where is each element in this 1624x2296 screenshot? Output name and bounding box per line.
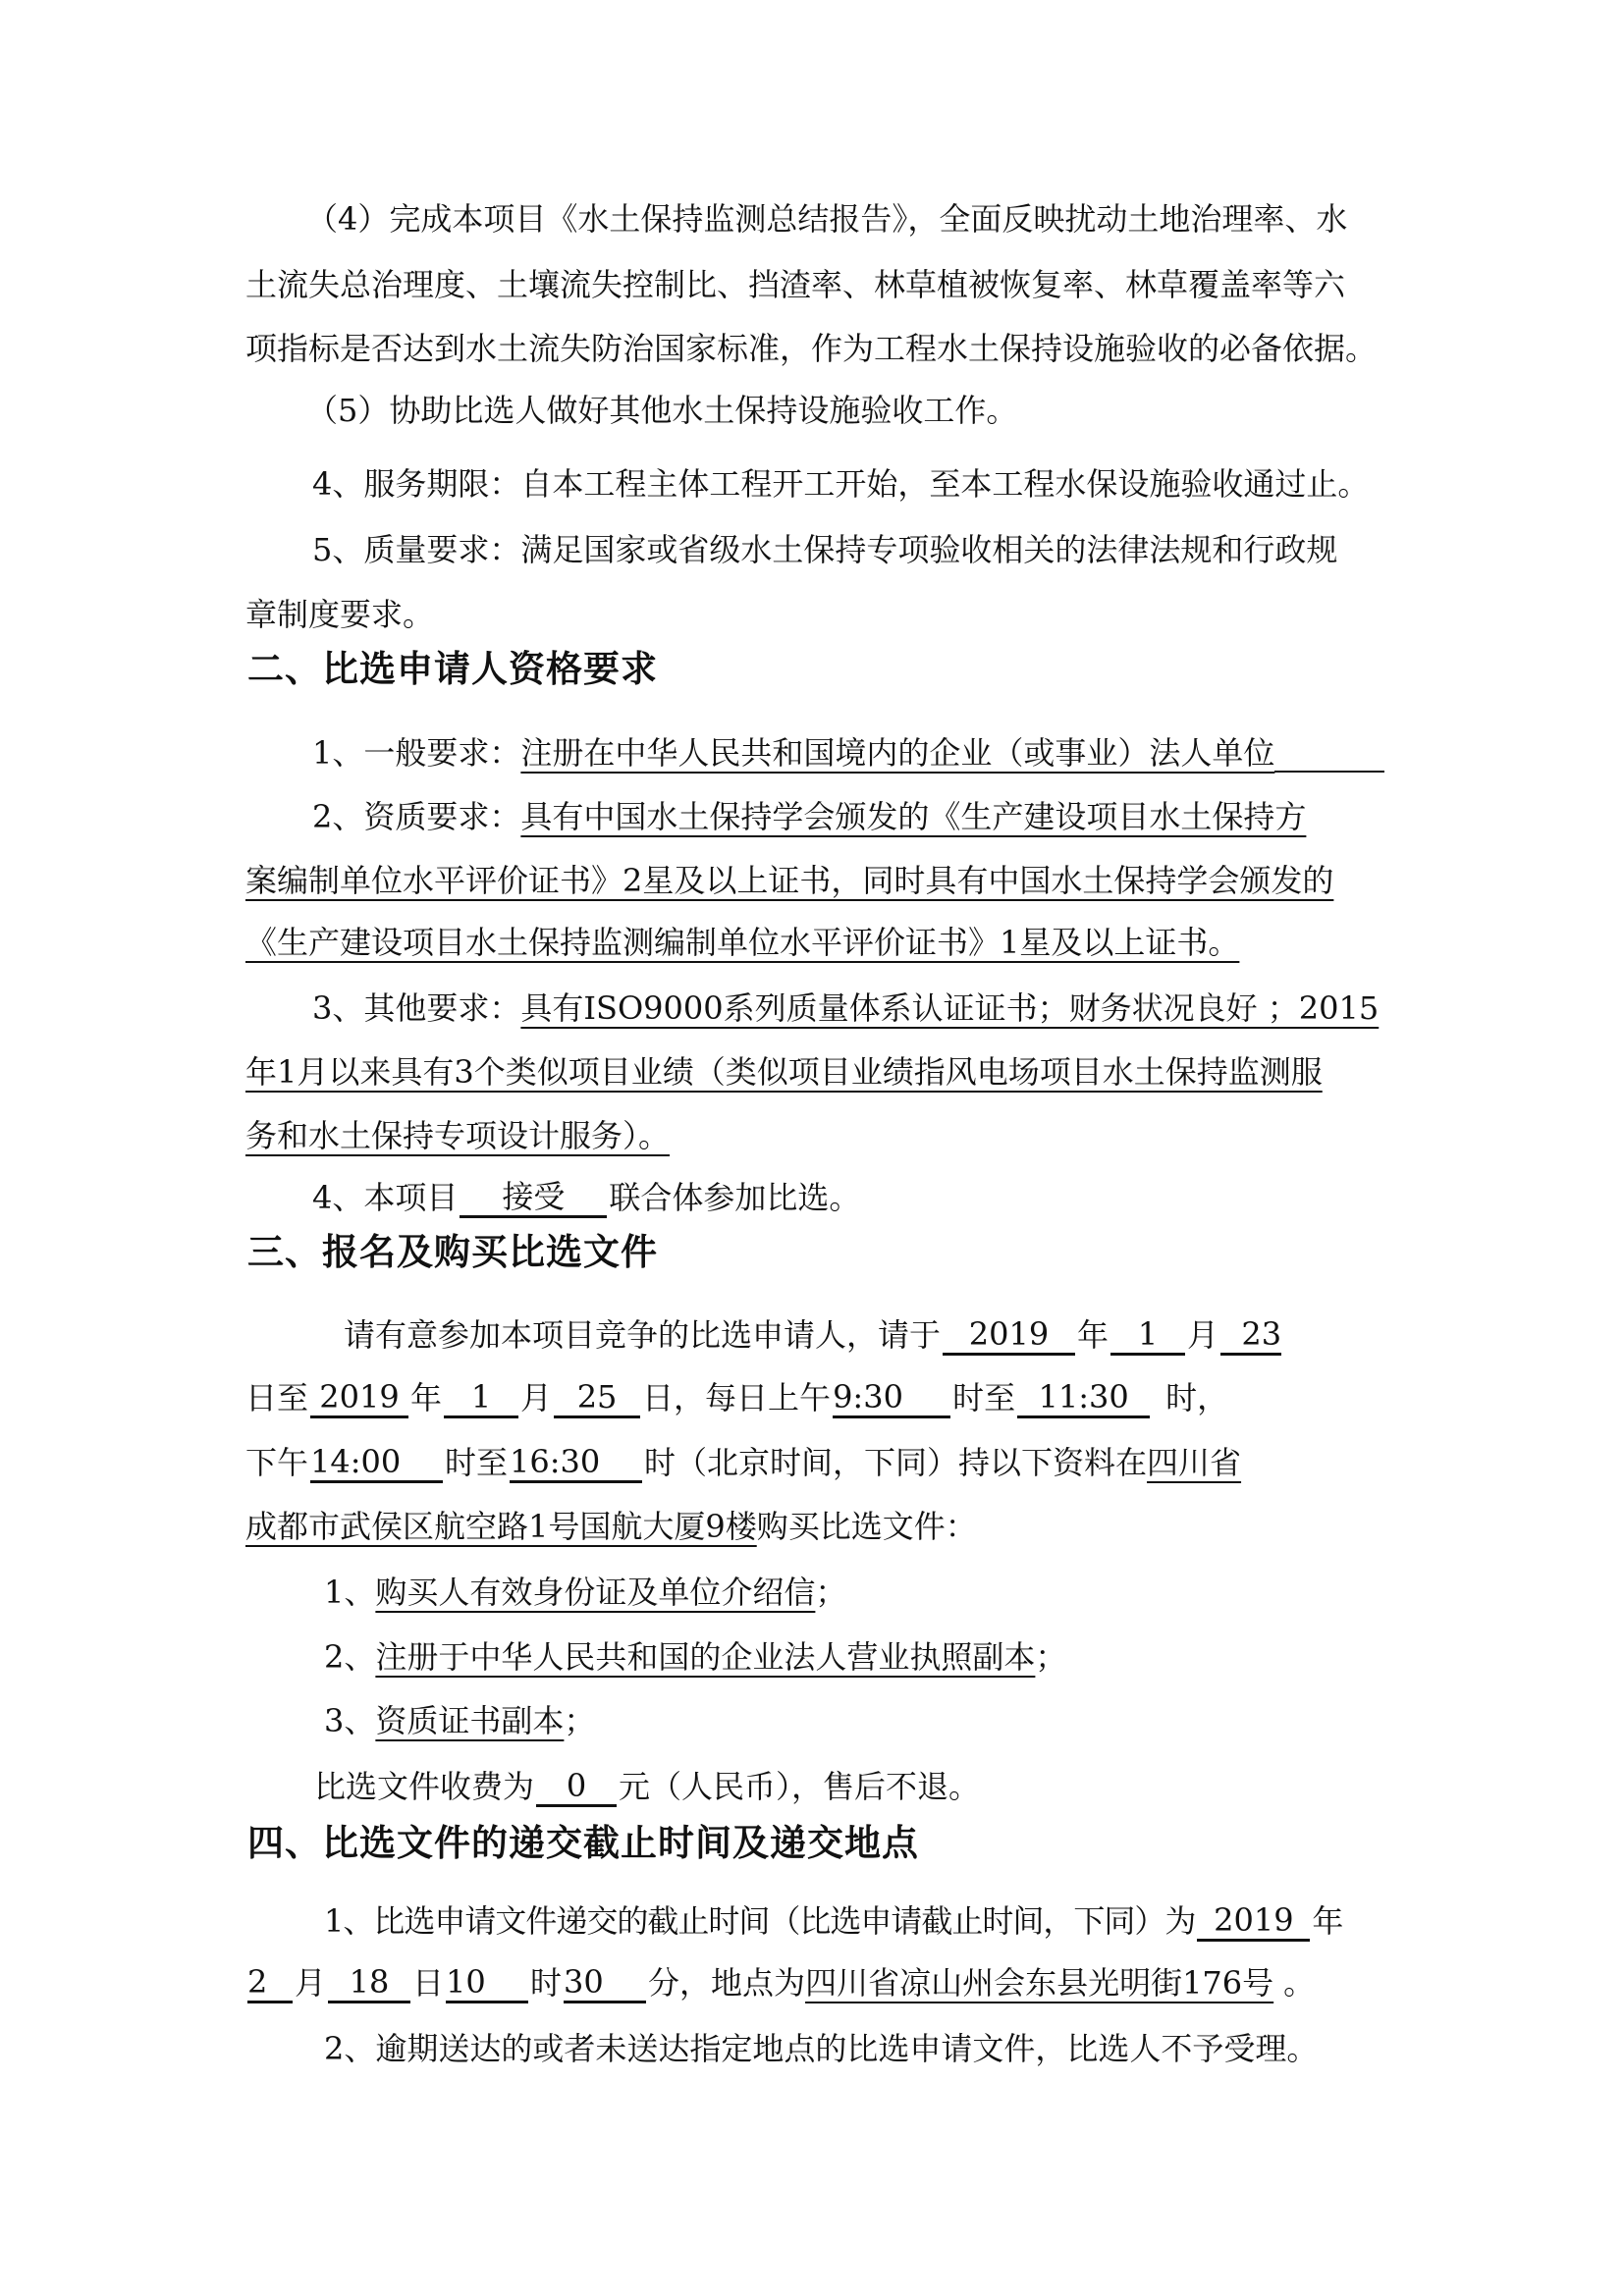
underlined-value: 《生产建设项目水土保持监测编制单位水平评价证书》1星及以上证书。 bbox=[245, 920, 1239, 965]
start-day: 23 bbox=[1220, 1315, 1281, 1356]
text: 章制度要求。 bbox=[245, 592, 434, 637]
text: 。 bbox=[1283, 1960, 1315, 2005]
paragraph-quality-line1: 5、质量要求：满足国家或省级水土保持专项验收相关的法律法规和行政规 bbox=[245, 527, 1384, 572]
paragraph-quality-line2: 章制度要求。 bbox=[245, 592, 1384, 637]
text: 年 bbox=[1077, 1312, 1109, 1358]
text: 年 bbox=[1312, 1898, 1343, 1944]
text: 下午 bbox=[245, 1440, 308, 1485]
text: 2、逾期送达的或者未送达指定地点的比选申请文件，比选人不予受理。 bbox=[324, 2026, 1318, 2071]
text: 比选文件收费为 bbox=[314, 1764, 534, 1809]
section-heading-submission: 四、比选文件的递交截止时间及递交地点 bbox=[247, 1819, 919, 1868]
text: 日至 bbox=[245, 1375, 308, 1420]
paragraph-registration-line2: 日至 2019 年 1 月 25 日，每日上午 9:30 时至 11:30 时， bbox=[245, 1375, 1384, 1420]
deadline-minute: 30 bbox=[564, 1963, 646, 2003]
doc-text: 购买人有效身份证及单位介绍信 bbox=[375, 1570, 815, 1615]
paragraph-registration-line3: 下午 14:00 时至 16:30 时（北京时间，下同）持以下资料在 四川省 bbox=[245, 1440, 1384, 1485]
underlined-value: 案编制单位水平评价证书》2星及以上证书，同时具有中国水土保持学会颁发的 bbox=[245, 858, 1333, 903]
text: 时， bbox=[1165, 1375, 1228, 1420]
end-year: 2019 bbox=[310, 1378, 408, 1418]
paragraph-late-submission: 2、逾期送达的或者未送达指定地点的比选申请文件，比选人不予受理。 bbox=[245, 2026, 1384, 2071]
deadline-month: 2 bbox=[247, 1963, 293, 2003]
text: 时至 bbox=[952, 1375, 1015, 1420]
label: 3、其他要求： bbox=[312, 986, 520, 1031]
text: 日，每日上午 bbox=[642, 1375, 831, 1420]
doc-end: ； bbox=[1035, 1634, 1066, 1680]
underline-fill bbox=[1274, 733, 1384, 773]
start-month: 1 bbox=[1110, 1315, 1185, 1356]
text: 联合体参加比选。 bbox=[609, 1175, 860, 1220]
text: 日 bbox=[412, 1960, 444, 2005]
address-part2: 成都市武侯区航空路1号国航大厦9楼 bbox=[245, 1504, 757, 1549]
paragraph-item5: （5）协助比选人做好其他水土保持设施验收工作。 bbox=[245, 388, 1384, 433]
text: 5、质量要求：满足国家或省级水土保持专项验收相关的法律法规和行政规 bbox=[312, 527, 1337, 572]
doc-number: 3、 bbox=[324, 1698, 375, 1743]
label: 2、资质要求： bbox=[312, 794, 520, 839]
paragraph-qualification-line2: 案编制单位水平评价证书》2星及以上证书，同时具有中国水土保持学会颁发的 bbox=[245, 858, 1384, 903]
text: 时 bbox=[530, 1960, 562, 2005]
text: 项指标是否达到水土流失防治国家标准，作为工程水土保持设施验收的必备依据。 bbox=[245, 326, 1377, 371]
text: 元（人民币），售后不退。 bbox=[619, 1764, 980, 1809]
submission-location: 四川省凉山州会东县光明街176号 bbox=[805, 1960, 1283, 2005]
paragraph-deadline-line2: 2 月 18 日 10 时 30 分，地点为 四川省凉山州会东县光明街176号 … bbox=[245, 1960, 1384, 2005]
paragraph-other-requirement-line1: 3、其他要求： 具有ISO9000系列质量体系认证证书；财务状况良好 ；2015 bbox=[245, 986, 1384, 1031]
paragraph-item4-line2: 土流失总治理度、土壤流失控制比、挡渣率、林草植被恢复率、林草覆盖率等六 bbox=[245, 262, 1384, 307]
deadline-year: 2019 bbox=[1197, 1901, 1310, 1942]
section-heading-qualifications: 二、比选申请人资格要求 bbox=[247, 645, 658, 694]
text: 时至 bbox=[445, 1440, 508, 1485]
doc-number: 1、 bbox=[324, 1570, 375, 1615]
doc-text: 注册于中华人民共和国的企业法人营业执照副本 bbox=[375, 1634, 1035, 1680]
paragraph-registration-line1: 请有意参加本项目竞争的比选申请人，请于 2019 年 1 月 23 bbox=[245, 1312, 1384, 1358]
doc-number: 2、 bbox=[324, 1634, 375, 1680]
paragraph-registration-line4: 成都市武侯区航空路1号国航大厦9楼 购买比选文件： bbox=[245, 1504, 1384, 1549]
text: 分，地点为 bbox=[648, 1960, 805, 2005]
text: 年 bbox=[410, 1375, 442, 1420]
deadline-day: 18 bbox=[328, 1963, 410, 2003]
underlined-value: 务和水土保持专项设计服务）。 bbox=[245, 1113, 670, 1158]
text: 月 bbox=[520, 1375, 552, 1420]
underlined-value: 具有ISO9000系列质量体系认证证书；财务状况良好 ；2015 bbox=[520, 986, 1379, 1031]
doc-text: 资质证书副本 bbox=[375, 1698, 564, 1743]
underlined-value: 注册在中华人民共和国境内的企业（或事业）法人单位 bbox=[520, 730, 1274, 775]
pm-end-time: 16:30 bbox=[510, 1443, 642, 1483]
paragraph-consortium: 4、本项目 接受 联合体参加比选。 bbox=[245, 1175, 1384, 1220]
section-heading-registration: 三、报名及购买比选文件 bbox=[247, 1228, 658, 1277]
fee-value: 0 bbox=[536, 1767, 617, 1807]
paragraph-other-requirement-line2: 年1月以来具有3个类似项目业绩（类似项目业绩指风电场项目水土保持监测服 bbox=[245, 1049, 1384, 1095]
underlined-value: 年1月以来具有3个类似项目业绩（类似项目业绩指风电场项目水土保持监测服 bbox=[245, 1049, 1323, 1095]
text: 4、本项目 bbox=[312, 1175, 458, 1220]
am-end-time: 11:30 bbox=[1017, 1378, 1150, 1418]
address-part1: 四川省 bbox=[1147, 1440, 1241, 1485]
paragraph-deadline-line1: 1、比选申请文件递交的截止时间（比选申请截止时间，下同）为 2019 年 bbox=[245, 1898, 1384, 1944]
end-month: 1 bbox=[444, 1378, 518, 1418]
text: 4、服务期限：自本工程主体工程开工开始，至本工程水保设施验收通过止。 bbox=[312, 461, 1369, 507]
paragraph-general-requirement: 1、一般要求： 注册在中华人民共和国境内的企业（或事业）法人单位 bbox=[245, 730, 1384, 775]
paragraph-service-period: 4、服务期限：自本工程主体工程开工开始，至本工程水保设施验收通过止。 bbox=[245, 461, 1384, 507]
text: 月 bbox=[295, 1960, 326, 2005]
text: 请有意参加本项目竞争的比选申请人，请于 bbox=[344, 1312, 941, 1358]
deadline-hour: 10 bbox=[446, 1963, 528, 2003]
underlined-value: 具有中国水土保持学会颁发的《生产建设项目水土保持方 bbox=[520, 794, 1306, 839]
paragraph-item4-line3: 项指标是否达到水土流失防治国家标准，作为工程水土保持设施验收的必备依据。 bbox=[245, 326, 1384, 371]
text: 月 bbox=[1187, 1312, 1218, 1358]
doc-end: ； bbox=[815, 1570, 846, 1615]
paragraph-item4-line1: （4）完成本项目《水土保持监测总结报告》，全面反映扰动土地治理率、水 bbox=[245, 196, 1384, 241]
doc-item-3: 3、 资质证书副本 ； bbox=[245, 1698, 1384, 1743]
paragraph-qualification-line1: 2、资质要求： 具有中国水土保持学会颁发的《生产建设项目水土保持方 bbox=[245, 794, 1384, 839]
paragraph-qualification-line3: 《生产建设项目水土保持监测编制单位水平评价证书》1星及以上证书。 bbox=[245, 920, 1384, 965]
text: （5）协助比选人做好其他水土保持设施验收工作。 bbox=[306, 388, 1017, 433]
text: 时（北京时间，下同）持以下资料在 bbox=[644, 1440, 1147, 1485]
doc-item-1: 1、 购买人有效身份证及单位介绍信 ； bbox=[245, 1570, 1384, 1615]
text: （4）完成本项目《水土保持监测总结报告》，全面反映扰动土地治理率、水 bbox=[306, 196, 1347, 241]
pm-start-time: 14:00 bbox=[310, 1443, 443, 1483]
paragraph-other-requirement-line3: 务和水土保持专项设计服务）。 bbox=[245, 1113, 1384, 1158]
end-day: 25 bbox=[554, 1378, 640, 1418]
am-start-time: 9:30 bbox=[833, 1378, 950, 1418]
text: 1、比选申请文件递交的截止时间（比选申请截止时间，下同）为 bbox=[324, 1898, 1195, 1944]
doc-end: ； bbox=[564, 1698, 595, 1743]
start-year: 2019 bbox=[943, 1315, 1075, 1356]
label: 1、一般要求： bbox=[312, 730, 520, 775]
consortium-value: 接受 bbox=[460, 1178, 607, 1218]
text: 购买比选文件： bbox=[757, 1504, 977, 1549]
paragraph-fee: 比选文件收费为 0 元（人民币），售后不退。 bbox=[245, 1764, 1384, 1809]
doc-item-2: 2、 注册于中华人民共和国的企业法人营业执照副本 ； bbox=[245, 1634, 1384, 1680]
text: 土流失总治理度、土壤流失控制比、挡渣率、林草植被恢复率、林草覆盖率等六 bbox=[245, 262, 1345, 307]
